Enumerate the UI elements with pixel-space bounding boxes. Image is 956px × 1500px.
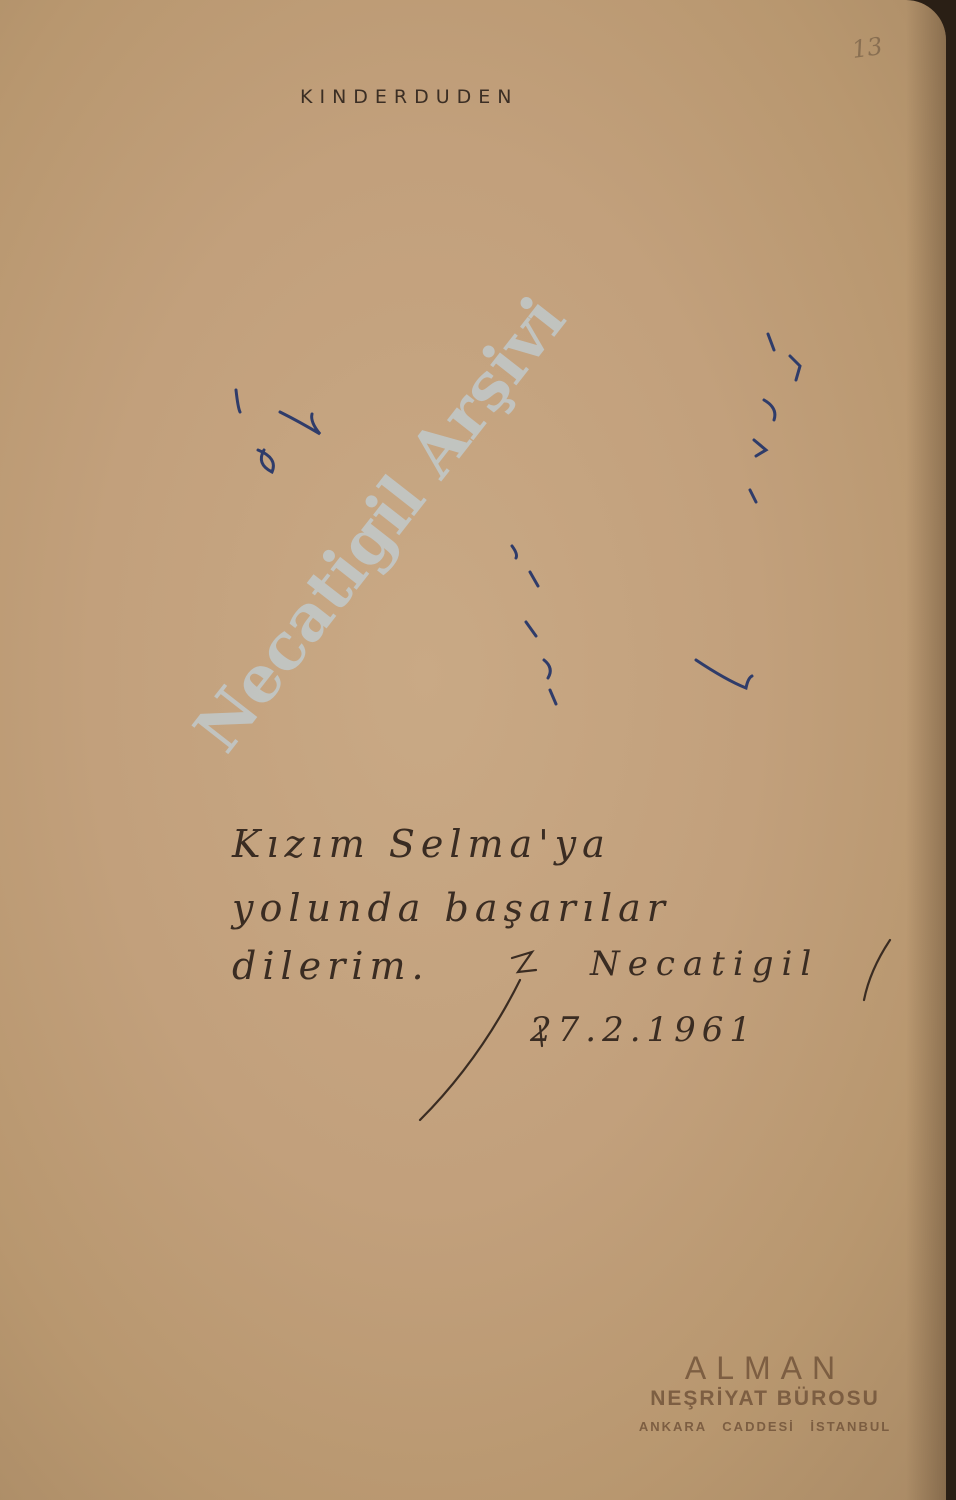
pencil-marks bbox=[0, 0, 946, 1500]
signature: Necatigil bbox=[590, 944, 819, 984]
dedication-date: 27.2.1961 bbox=[530, 1010, 757, 1050]
stamp-line-3: ANKARA CADDESİ İSTANBUL bbox=[600, 1419, 930, 1434]
stamp-line-1: ALMAN bbox=[600, 1350, 930, 1387]
book-page: 13 KINDERDUDEN Necatigil Arşivi Kızım S bbox=[0, 0, 946, 1500]
dedication-line-2: yolunda başarılar bbox=[232, 886, 671, 930]
dedication-line-1: Kızım Selma'ya bbox=[232, 822, 611, 866]
publisher-stamp: ALMAN NEŞRİYAT BÜROSU ANKARA CADDESİ İST… bbox=[600, 1350, 930, 1434]
stamp-line-2: NEŞRİYAT BÜROSU bbox=[600, 1387, 930, 1411]
dedication-line-3: dilerim. bbox=[232, 944, 430, 988]
